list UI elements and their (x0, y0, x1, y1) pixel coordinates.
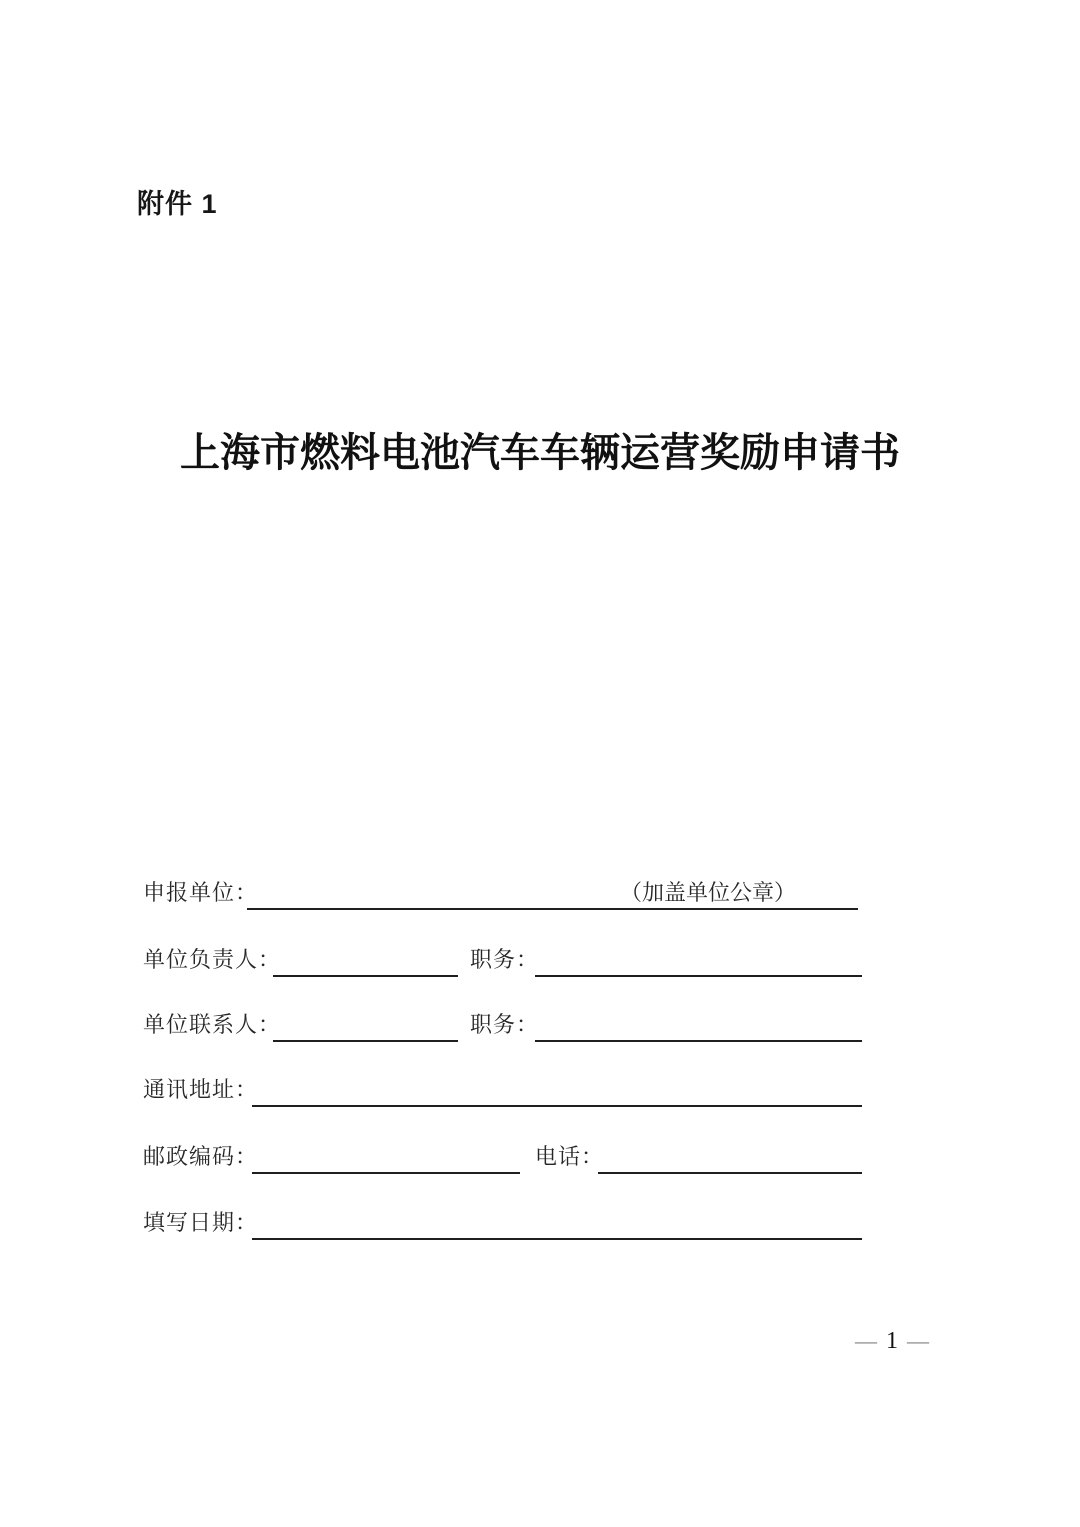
page-number-right-dash: — (907, 1326, 929, 1356)
contact-person-label: 单位联系人： (143, 1012, 281, 1038)
page-number: — 1 — (855, 1326, 929, 1356)
unit-head-position-label: 职务： (470, 947, 539, 973)
page-number-value: 1 (886, 1326, 898, 1356)
attachment-label: 附件 1 (137, 182, 218, 221)
postal-code-blank-line (252, 1172, 520, 1174)
contact-person-position-label: 职务： (470, 1012, 539, 1038)
unit-head-label: 单位负责人： (143, 947, 281, 973)
seal-note: （加盖单位公章） (620, 880, 796, 906)
unit-head-blank-line (273, 975, 458, 977)
phone-label: 电话： (535, 1144, 604, 1170)
contact-person-blank-line (273, 1040, 458, 1042)
unit-head-position-blank-line (535, 975, 862, 977)
mailing-address-label: 通讯地址： (143, 1077, 258, 1103)
document-page: 附件 1 上海市燃料电池汽车车辆运营奖励申请书 申报单位： （加盖单位公章） 单… (0, 0, 1080, 1527)
applicant-unit-blank-line (247, 908, 858, 910)
applicant-unit-label: 申报单位： (143, 880, 258, 906)
document-title: 上海市燃料电池汽车车辆运营奖励申请书 (0, 421, 1080, 478)
phone-blank-line (598, 1172, 862, 1174)
contact-person-position-blank-line (535, 1040, 862, 1042)
page-number-left-dash: — (855, 1326, 877, 1356)
mailing-address-blank-line (252, 1105, 862, 1107)
fill-date-label: 填写日期： (143, 1210, 258, 1236)
postal-code-label: 邮政编码： (143, 1144, 258, 1170)
fill-date-blank-line (252, 1238, 862, 1240)
